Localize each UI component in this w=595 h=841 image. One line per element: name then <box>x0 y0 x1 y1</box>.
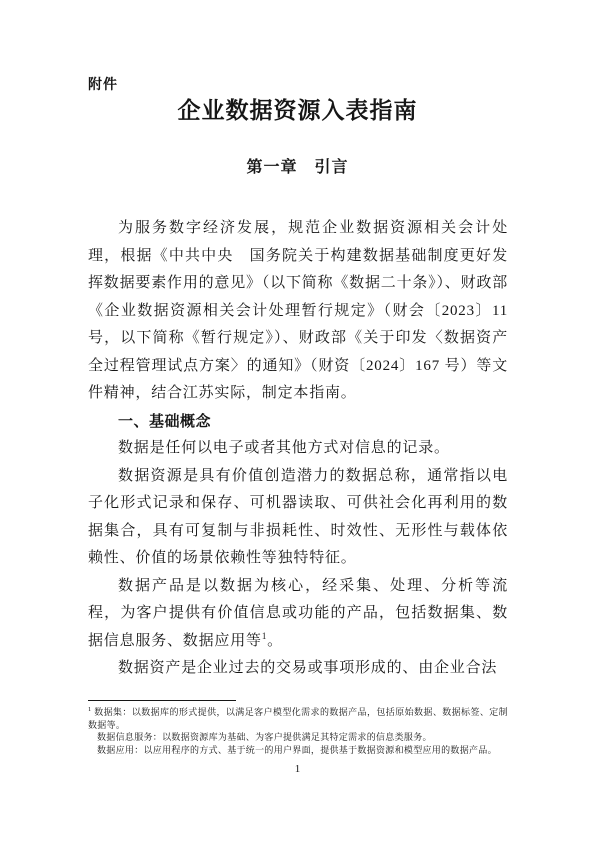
footnote-data-info-service: 数据信息服务：以数据资源库为基础、为客户提供满足其特定需求的信息类服务。 <box>88 731 508 744</box>
paragraph-data-product-text: 数据产品是以数据为核心，经采集、处理、分析等流程，为客户提供有价值信息或功能的产… <box>88 578 508 649</box>
footnote-data-application: 数据应用：以应用程序的方式、基于统一的用户界面，提供基于数据资源和模型应用的数据… <box>88 744 508 757</box>
footnote-dataset: 1 数据集：以数据库的形式提供，以满足客户模型化需求的数据产品，包括原始数据、数… <box>88 706 508 731</box>
section-heading-basic-concepts: 一、基础概念 <box>88 408 508 436</box>
attachment-label: 附件 <box>88 75 118 93</box>
paragraph-data-resource: 数据资源是具有价值创造潜力的数据总称，通常指以电子化形式记录和保存、可机器读取、… <box>88 463 508 573</box>
footnote-dataset-text: 数据集：以数据库的形式提供，以满足客户模型化需求的数据产品，包括原始数据、数据标… <box>88 707 508 730</box>
footnote-section: 1 数据集：以数据库的形式提供，以满足客户模型化需求的数据产品，包括原始数据、数… <box>88 700 508 756</box>
paragraph-data-product-period: 。 <box>267 633 283 649</box>
chapter-heading: 第一章 引言 <box>0 158 595 178</box>
document-page: 附件 企业数据资源入表指南 第一章 引言 为服务数字经济发展，规范企业数据资源相… <box>0 0 595 841</box>
document-body: 为服务数字经济发展，规范企业数据资源相关会计处理，根据《中共中央 国务院关于构建… <box>88 215 508 683</box>
paragraph-data-product: 数据产品是以数据为核心，经采集、处理、分析等流程，为客户提供有价值信息或功能的产… <box>88 573 508 656</box>
page-number: 1 <box>0 762 595 776</box>
intro-paragraph: 为服务数字经济发展，规范企业数据资源相关会计处理，根据《中共中央 国务院关于构建… <box>88 215 508 408</box>
paragraph-data-definition: 数据是任何以电子或者其他方式对信息的记录。 <box>88 435 508 463</box>
footnote-separator-rule <box>88 700 236 701</box>
footnote-marker: 1 <box>88 706 92 713</box>
paragraph-data-asset: 数据资产是企业过去的交易或事项形成的、由企业合法 <box>88 655 508 683</box>
document-title: 企业数据资源入表指南 <box>0 97 595 125</box>
